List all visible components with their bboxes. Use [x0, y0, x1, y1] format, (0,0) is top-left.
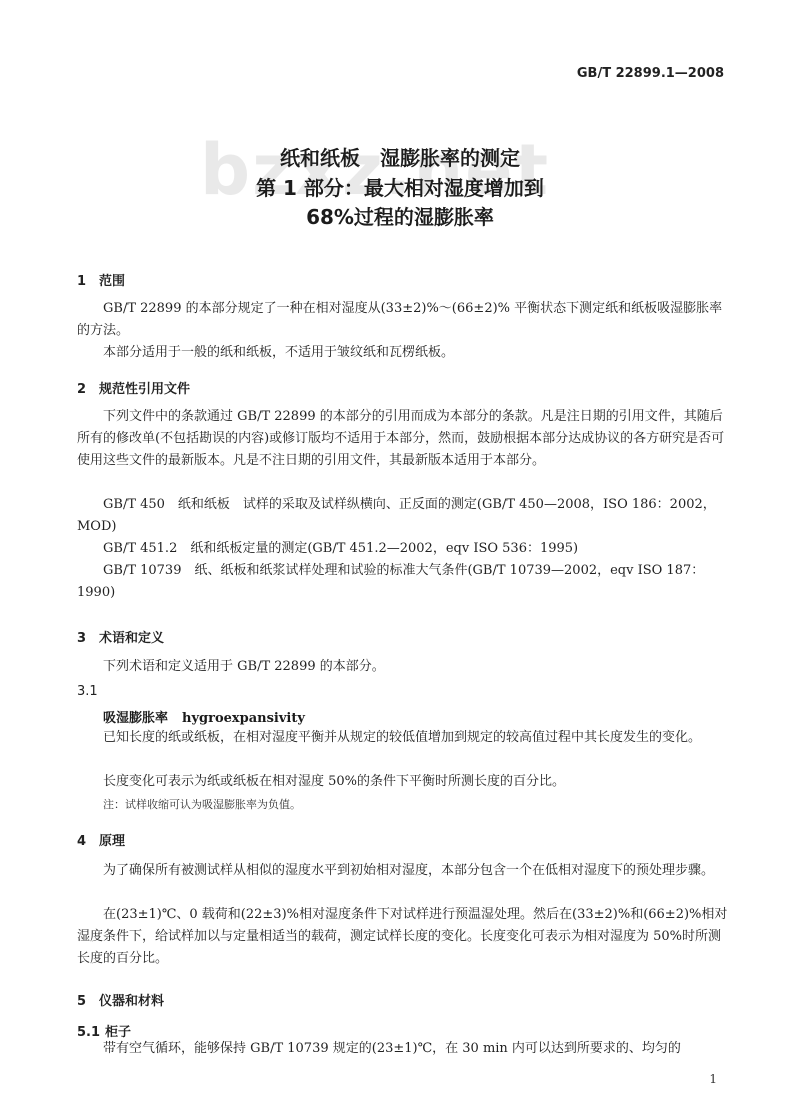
term-chinese: 吸湿膨胀率 [103, 711, 168, 726]
section-number: 1 [77, 274, 99, 289]
section-1-paragraph-1: GB/T 22899 的本部分规定了一种在相对湿度从(33±2)%～(66±2)… [77, 298, 729, 342]
section-3-heading: 3术语和定义 [77, 627, 164, 646]
term-expression: 长度变化可表示为纸或纸板在相对湿度 50%的条件下平衡时所测长度的百分比。 [77, 771, 729, 793]
section-title: 术语和定义 [99, 631, 164, 646]
term-note: 注：试样收缩可认为吸湿膨胀率为负值。 [103, 796, 301, 812]
section-5-heading: 5仪器和材料 [77, 990, 164, 1009]
page-number: 1 [709, 1072, 717, 1086]
reference-item: GB/T 10739 纸、纸板和纸浆试样处理和试验的标准大气条件(GB/T 10… [77, 560, 729, 604]
section-title: 范围 [99, 274, 125, 289]
title-line-2: 第 1 部分：最大相对湿度增加到 [0, 172, 800, 201]
section-title: 仪器和材料 [99, 994, 164, 1009]
title-line-1: 纸和纸板 湿膨胀率的测定 [0, 142, 800, 171]
term-definition: 已知长度的纸或纸板，在相对湿度平衡并从规定的较低值增加到规定的较高值过程中其长度… [77, 727, 729, 749]
reference-item: GB/T 451.2 纸和纸板定量的测定(GB/T 451.2—2002，eqv… [77, 538, 729, 560]
section-title: 原理 [99, 834, 125, 849]
subsection-5-1-paragraph: 带有空气循环，能够保持 GB/T 10739 规定的(23±1)℃，在 30 m… [77, 1038, 729, 1060]
section-number: 2 [77, 382, 99, 397]
section-number: 4 [77, 834, 99, 849]
section-3-intro: 下列术语和定义适用于 GB/T 22899 的本部分。 [77, 656, 729, 678]
section-number: 5 [77, 994, 99, 1009]
term-english: hygroexpansivity [182, 711, 305, 726]
title-line-3: 68%过程的湿膨胀率 [0, 201, 800, 230]
section-1-paragraph-2: 本部分适用于一般的纸和纸板，不适用于皱纹纸和瓦楞纸板。 [77, 342, 729, 364]
section-number: 3 [77, 631, 99, 646]
reference-item: GB/T 450 纸和纸板 试样的采取及试样纵横向、正反面的测定(GB/T 45… [77, 494, 729, 538]
document-page: GB/T 22899.1—2008 bzxz.net 纸和纸板 湿膨胀率的测定 … [0, 0, 800, 1120]
section-2-heading: 2规范性引用文件 [77, 378, 190, 397]
standard-code: GB/T 22899.1—2008 [577, 66, 724, 81]
section-4-heading: 4原理 [77, 830, 125, 849]
term-number: 3.1 [77, 684, 98, 699]
section-2-intro: 下列文件中的条款通过 GB/T 22899 的本部分的引用而成为本部分的条款。凡… [77, 406, 729, 472]
section-4-paragraph-1: 为了确保所有被测试样从相似的湿度水平到初始相对湿度，本部分包含一个在低相对湿度下… [77, 860, 729, 882]
section-title: 规范性引用文件 [99, 382, 190, 397]
term-heading: 吸湿膨胀率hygroexpansivity [103, 707, 305, 726]
section-4-paragraph-2: 在(23±1)℃、0 载荷和(22±3)%相对湿度条件下对试样进行预温湿处理。然… [77, 904, 729, 970]
section-1-heading: 1范围 [77, 270, 125, 289]
